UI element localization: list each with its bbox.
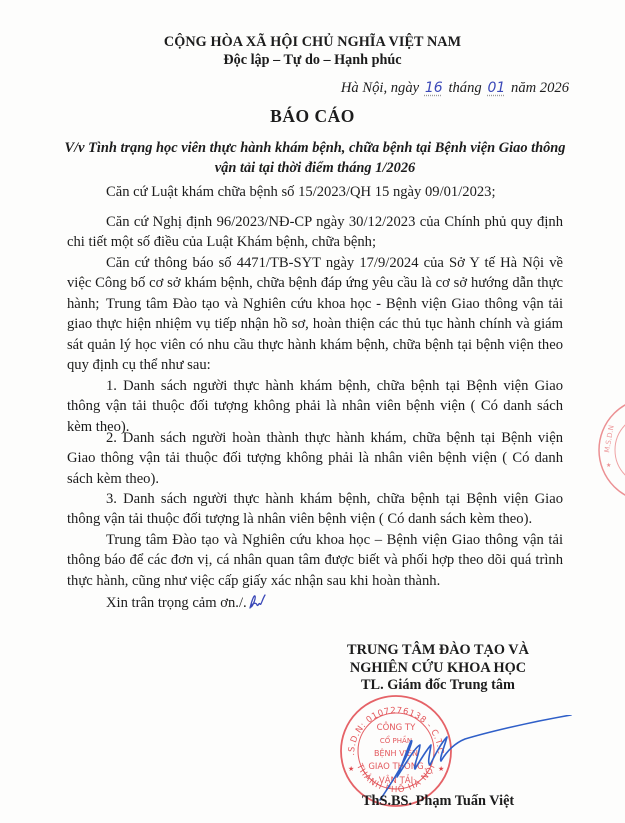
svg-text:★: ★ bbox=[606, 462, 611, 469]
paragraph-text: Căn cứ Nghị định 96/2023/NĐ-CP ngày 30/1… bbox=[67, 212, 563, 253]
nation-title: CỘNG HÒA XÃ HỘI CHỦ NGHĨA VIỆT NAM bbox=[0, 33, 625, 51]
date-line: Hà Nội, ngày 16 tháng 01 năm 2026 bbox=[341, 78, 569, 98]
paragraph-text: Trung tâm Đào tạo và Nghiên cứu khoa học… bbox=[67, 294, 563, 376]
date-month-label: tháng bbox=[448, 80, 481, 96]
signature-block: TRUNG TÂM ĐÀO TẠO VÀ NGHIÊN CỨU KHOA HỌC… bbox=[318, 642, 558, 695]
paragraph-text: Trung tâm Đào tạo và Nghiên cứu khoa học… bbox=[67, 530, 563, 591]
paragraph-assignment: Trung tâm Đào tạo và Nghiên cứu khoa học… bbox=[67, 294, 563, 376]
document-page: CỘNG HÒA XÃ HỘI CHỦ NGHĨA VIỆT NAM Độc l… bbox=[0, 0, 625, 823]
svg-text:M.S.D.N: M.S.D.N bbox=[603, 425, 616, 454]
document-subject: V/v Tình trạng học viên thực hành khám b… bbox=[60, 139, 570, 178]
list-item-2: 2. Danh sách người hoàn thành thực hành … bbox=[67, 428, 563, 489]
paragraph-text: 3. Danh sách người thực hành khám bệnh, … bbox=[67, 489, 563, 530]
paragraph-thanks: Xin trân trọng cảm ơn./. bbox=[67, 592, 563, 613]
signer-name: ThS.BS. Phạm Tuấn Việt bbox=[362, 793, 514, 810]
date-year: năm 2026 bbox=[511, 80, 569, 96]
date-prefix: Hà Nội, ngày bbox=[341, 80, 419, 96]
signer-role: TL. Giám đốc Trung tâm bbox=[318, 677, 558, 695]
partial-seal-margin-icon: ★ M.S.D.N bbox=[596, 395, 625, 505]
paragraph-legal-basis-1: Căn cứ Luật khám chữa bệnh số 15/2023/QH… bbox=[67, 182, 563, 202]
national-motto: Độc lập – Tự do – Hạnh phúc bbox=[0, 51, 625, 69]
paragraph-notice: Trung tâm Đào tạo và Nghiên cứu khoa học… bbox=[67, 530, 563, 591]
paragraph-text: 2. Danh sách người hoàn thành thực hành … bbox=[67, 428, 563, 489]
list-item-3: 3. Danh sách người thực hành khám bệnh, … bbox=[67, 489, 563, 530]
org-line-1: TRUNG TÂM ĐÀO TẠO VÀ bbox=[318, 642, 558, 660]
paragraph-legal-basis-2: Căn cứ Nghị định 96/2023/NĐ-CP ngày 30/1… bbox=[67, 212, 563, 253]
thanks-line: Xin trân trọng cảm ơn./. bbox=[67, 592, 563, 613]
initial-signature-icon bbox=[247, 592, 267, 610]
national-header: CỘNG HÒA XÃ HỘI CHỦ NGHĨA VIỆT NAM Độc l… bbox=[0, 33, 625, 69]
svg-text:★: ★ bbox=[348, 765, 354, 773]
thanks-text: Xin trân trọng cảm ơn./. bbox=[106, 595, 247, 611]
handwritten-signature-icon bbox=[375, 715, 575, 805]
date-month-handwritten: 01 bbox=[485, 78, 507, 98]
document-title: BÁO CÁO bbox=[0, 106, 625, 127]
org-line-2: NGHIÊN CỨU KHOA HỌC bbox=[318, 660, 558, 678]
date-day-handwritten: 16 bbox=[423, 78, 445, 98]
paragraph-text: Căn cứ Luật khám chữa bệnh số 15/2023/QH… bbox=[67, 182, 563, 202]
